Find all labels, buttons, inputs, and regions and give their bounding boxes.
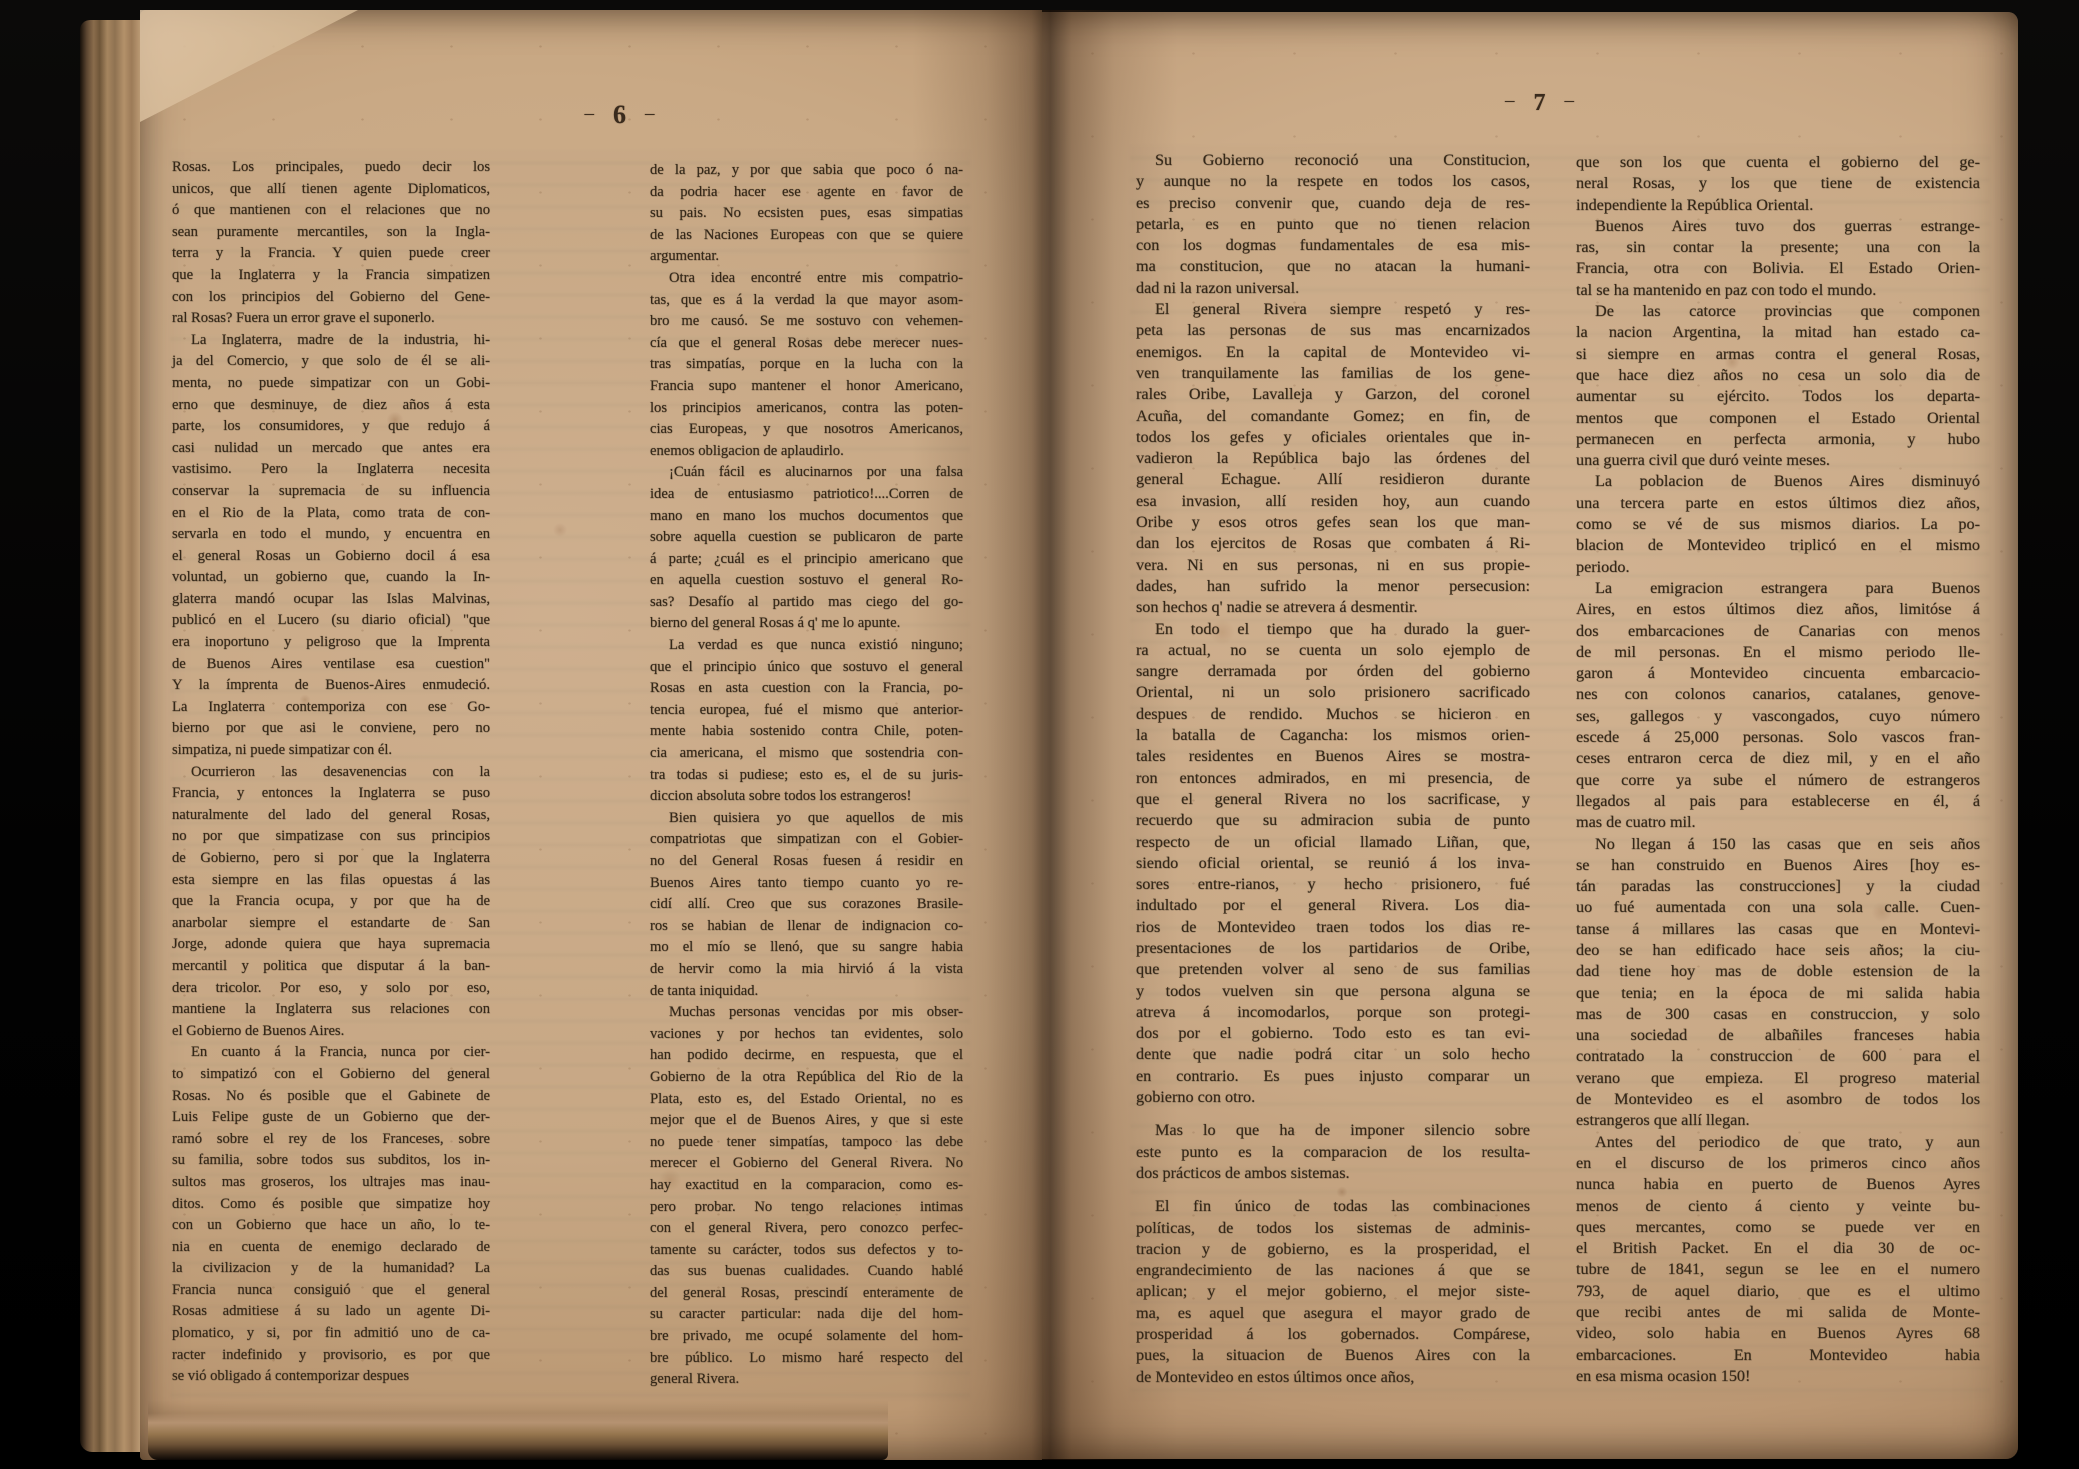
- text-line: Jorge, adonde quiera que haya supremacia: [172, 934, 490, 956]
- text-line: en el discurso de los primeros cinco año…: [1576, 1153, 1980, 1174]
- text-line: Luis Felipe guste de un Gobierno que der…: [172, 1107, 490, 1129]
- text-line: vadieron la República bajo las órdenes d…: [1136, 448, 1530, 469]
- text-line: ral Rosas? Fuera un error grave el supon…: [172, 308, 490, 330]
- text-line: tra todas si pudiese; esto es, el de su …: [650, 765, 963, 787]
- text-line: que la Francia ocupa, y por que ha de: [172, 891, 490, 913]
- text-line: peta las personas de sus mas encarnizado…: [1136, 320, 1530, 341]
- bottom-page-stack-edges: [148, 1400, 888, 1460]
- text-line: garon á Montevideo cincuenta embarcacio-: [1576, 663, 1980, 684]
- text-line: tamente su carácter, todos sus defectos …: [650, 1240, 963, 1262]
- page-6-column-right: de la paz, y por que sabia que poco ó na…: [650, 160, 963, 1391]
- text-line: Mas lo que ha de imponer silencio sobre: [1136, 1120, 1530, 1141]
- paragraph: Su Gobierno reconoció una Constitucion,y…: [1136, 150, 1530, 299]
- paragraph-continued: que son los que cuenta el gobierno del g…: [1576, 152, 1980, 216]
- paragraph: En cuanto á la Francia, nunca por cier-t…: [172, 1042, 490, 1388]
- paragraph: Muchas personas vencidas por mis obser-v…: [650, 1002, 963, 1391]
- paragraph: Mas lo que ha de imponer silencio sobree…: [1136, 1120, 1530, 1184]
- text-line: tanse á millares las casas que en Montev…: [1576, 919, 1980, 940]
- text-line: vaciones y por hechos tan evidentes, sol…: [650, 1024, 963, 1046]
- text-line: parte, los consumidores, y que redujo á: [172, 416, 490, 438]
- text-line: mo el mío se llenó, que su sangre habia: [650, 937, 963, 959]
- text-line: que la Inglaterra y la Francia simpatize…: [172, 265, 490, 287]
- text-line: el general Rosas un Gobierno docil á esa: [172, 546, 490, 568]
- paragraph: De las catorce provincias que componenla…: [1576, 301, 1980, 471]
- text-line: y todos vuelven sin que persona alguna s…: [1136, 981, 1530, 1002]
- text-line: dan los ejercitos de Rosas que combaten …: [1136, 533, 1530, 554]
- text-line: 793, de aquel diario, que es el ultimo: [1576, 1281, 1980, 1302]
- page-7-column-left: Su Gobierno reconoció una Constitucion,y…: [1136, 150, 1530, 1388]
- paragraph-continued: de la paz, y por que sabia que poco ó na…: [650, 160, 963, 268]
- text-line: diccion absoluta sobre todos los estrang…: [650, 786, 963, 808]
- text-line: No llegan á 150 las casas que en seis añ…: [1576, 834, 1980, 855]
- text-line: periodo.: [1576, 557, 1980, 578]
- text-line: terra y la Francia. Y quien puede creer: [172, 243, 490, 265]
- text-line: anarbolar siempre el estandarte de San: [172, 913, 490, 935]
- text-line: En cuanto á la Francia, nunca por cier-: [172, 1042, 490, 1064]
- text-line: vera. Ni en sus personas, ni en sus prop…: [1136, 555, 1530, 576]
- text-line: Francia supo mantener el honor Americano…: [650, 376, 963, 398]
- text-line: ja del Comercio, y que solo de él se ali…: [172, 351, 490, 373]
- text-line: Ocurrieron las desavenencias con la: [172, 762, 490, 784]
- text-line: una guerra civil que duró veinte meses.: [1576, 450, 1980, 471]
- text-line: dera tricolor. Por eso, y solo por eso,: [172, 978, 490, 1000]
- text-line: bre privado, me ocupé solamente del hom-: [650, 1326, 963, 1348]
- text-line: mentos que componen el Estado Oriental: [1576, 408, 1980, 429]
- text-line: bierno por que asi le conviene, pero no: [172, 718, 490, 740]
- text-line: cía que el general Rosas debe merecer nu…: [650, 333, 963, 355]
- text-line: dades, han sufrido la menor persecusion:: [1136, 576, 1530, 597]
- text-line: ceses entraron cerca de diez mil, y en e…: [1576, 748, 1980, 769]
- text-line: to simpatizó con el Gobierno del general: [172, 1064, 490, 1086]
- text-line: sas? Desafío al partido mas ciego del go…: [650, 592, 963, 614]
- text-line: Y la ímprenta de Buenos-Aires enmudeció.: [172, 675, 490, 697]
- text-line: si siempre en armas contra el general Ro…: [1576, 344, 1980, 365]
- text-line: ses, gallegos y vascongados, cuyo número: [1576, 706, 1980, 727]
- text-line: De las catorce provincias que componen: [1576, 301, 1980, 322]
- text-line: la nacion Argentina, la mitad han estado…: [1576, 322, 1980, 343]
- text-line: ron entonces admirados, en mi presencia,…: [1136, 768, 1530, 789]
- text-line: el Gobierno de Buenos Aires.: [172, 1021, 490, 1043]
- text-line: que el principio único que sostuvo el ge…: [650, 657, 963, 679]
- text-line: su caracter particular: nada dije del ho…: [650, 1304, 963, 1326]
- text-line: vastisimo. Pero la Inglaterra necesita: [172, 459, 490, 481]
- text-line: petarla, es en punto que no tienen relac…: [1136, 214, 1530, 235]
- text-line: aumentar su ejército. Todos los departa-: [1576, 386, 1980, 407]
- text-line: enemigos. En la capital de Montevideo vi…: [1136, 342, 1530, 363]
- text-line: indultado por el general Rivera. Los dia…: [1136, 895, 1530, 916]
- page-7-number: 7: [1534, 90, 1547, 116]
- text-line: tencia europea, fué el mismo que anterio…: [650, 700, 963, 722]
- text-line: dos prácticos de ambos sistemas.: [1136, 1163, 1530, 1184]
- text-line: ques mercantes, como se puede ver en: [1576, 1217, 1980, 1238]
- text-line: El fin único de todas las combinaciones: [1136, 1196, 1530, 1217]
- text-line: Plata, esto es, del Estado Oriental, no …: [650, 1089, 963, 1111]
- text-line: ramó sobre el rey de los Franceses, sobr…: [172, 1129, 490, 1151]
- text-line: general Echague. Allí residieron durante: [1136, 469, 1530, 490]
- text-line: sultos mas groseros, los ultrajes mas in…: [172, 1172, 490, 1194]
- text-line: argumentar.: [650, 246, 963, 268]
- text-line: ven tranquilamente las familias de los g…: [1136, 363, 1530, 384]
- text-line: mano en mano los muchos documentos que: [650, 506, 963, 528]
- text-line: compatriotas que simpatizan con el Gobie…: [650, 829, 963, 851]
- text-line: siendo oficial oriental, se reunió á los…: [1136, 853, 1530, 874]
- page-7-column-right: que son los que cuenta el gobierno del g…: [1576, 152, 1980, 1387]
- text-line: Gobierno de la otra República del Rio de…: [650, 1067, 963, 1089]
- paragraph: El fin único de todas las combinacionesp…: [1136, 1196, 1530, 1388]
- text-line: bre público. Lo mismo haré respecto del: [650, 1348, 963, 1370]
- text-line: y aunque no la respete en todos los caso…: [1136, 171, 1530, 192]
- text-line: Antes del periodico de que trato, y aun: [1576, 1132, 1980, 1153]
- text-line: su familia, sobre todos sus subditos, lo…: [172, 1150, 490, 1172]
- text-line: gobierno con otro.: [1136, 1087, 1530, 1108]
- text-line: tas, que es á la verdad la que mayor aso…: [650, 290, 963, 312]
- paragraph: Antes del periodico de que trato, y aune…: [1576, 1132, 1980, 1388]
- paragraph: En todo el tiempo que ha durado la guer-…: [1136, 619, 1530, 1109]
- text-line: ma, es aquel que asegura el mayor grado …: [1136, 1303, 1530, 1324]
- text-line: Rosas. No és posible que el Gabinete de: [172, 1086, 490, 1108]
- text-line: en el Rio de la Plata, como trata de con…: [172, 503, 490, 525]
- text-line: Rosas. Los principales, puedo decir los: [172, 157, 490, 179]
- text-line: atreva á incomodarlos, porque son proteg…: [1136, 1002, 1530, 1023]
- text-line: tubre de 1841, segun se lee en el numero: [1576, 1259, 1980, 1280]
- text-line: La poblacion de Buenos Aires disminuyó: [1576, 471, 1980, 492]
- text-line: La emigracion estrangera para Buenos: [1576, 578, 1980, 599]
- text-line: se vió obligado á contemporizar despues: [172, 1366, 490, 1388]
- text-line: menos de ciento á ciento y veinte bu-: [1576, 1196, 1980, 1217]
- text-line: glaterra mandó ocupar las Islas Malvinas…: [172, 589, 490, 611]
- text-line: son hechos q' nadie se atrevera á desmen…: [1136, 597, 1530, 618]
- text-line: rios de Montevideo traen todos los dias …: [1136, 917, 1530, 938]
- text-line: das sus buenas cualidades. Cuando hablé: [650, 1261, 963, 1283]
- text-line: que hace diez años no cesa un solo dia d…: [1576, 365, 1980, 386]
- text-line: blacion de Montevideo triplicó en el mis…: [1576, 535, 1980, 556]
- header-dash-left: –: [1505, 90, 1516, 111]
- text-line: verano que empieza. El progreso material: [1576, 1068, 1980, 1089]
- paragraph: La poblacion de Buenos Aires disminuyóun…: [1576, 471, 1980, 577]
- text-line: erno que desminuye, de diez años á esta: [172, 395, 490, 417]
- text-line: como se vé de sus mismos diarios. La po-: [1576, 514, 1980, 535]
- text-line: merecer el Gobierno del General Rivera. …: [650, 1153, 963, 1175]
- text-line: Acuña, del comandante Gomez; en fin, de: [1136, 406, 1530, 427]
- text-line: que tenia; en la época de mi salida habi…: [1576, 983, 1980, 1004]
- text-line: despues de rendido. Muchos se hicieron e…: [1136, 704, 1530, 725]
- paragraph: El general Rivera siempre respetó y res-…: [1136, 299, 1530, 618]
- text-line: de la paz, y por que sabia que poco ó na…: [650, 160, 963, 182]
- text-line: prosperidad á los gobernados. Compárese,: [1136, 1324, 1530, 1345]
- text-line: Bien quisiera yo que aquellos de mis: [650, 808, 963, 830]
- text-line: escede á 25,000 personas. Solo vascos fr…: [1576, 727, 1980, 748]
- text-line: su pais. No ecsisten pues, esas simpatia…: [650, 203, 963, 225]
- text-line: una tercera parte en estos últimos diez …: [1576, 493, 1980, 514]
- text-line: ditos. Como és posible que simpatize hoy: [172, 1194, 490, 1216]
- text-line: mente habia sostenido contra Chile, pote…: [650, 721, 963, 743]
- text-line: bierno del general Rosas á q' me lo apun…: [650, 613, 963, 635]
- text-line: que son los que cuenta el gobierno del g…: [1576, 152, 1980, 173]
- text-line: video, solo habia en Buenos Ayres 68: [1576, 1323, 1980, 1344]
- text-line: de hervir como la mia hirvió á la vista: [650, 959, 963, 981]
- text-line: que pretenden volver al seno de sus fami…: [1136, 959, 1530, 980]
- text-line: de Montevideo es el asombro de todos los: [1576, 1089, 1980, 1110]
- text-line: que corre ya sube el número de estranger…: [1576, 770, 1980, 791]
- text-line: aplican; y el mejor gobierno, el mejor s…: [1136, 1281, 1530, 1302]
- text-line: se han construido en Buenos Aires [hoy e…: [1576, 855, 1980, 876]
- paragraph: No llegan á 150 las casas que en seis añ…: [1576, 834, 1980, 1132]
- text-line: en contrario. Es pues injusto comparar u…: [1136, 1066, 1530, 1087]
- text-line: independiente la República Oriental.: [1576, 195, 1980, 216]
- text-line: los principios americanos, contra las po…: [650, 398, 963, 420]
- text-line: La Inglaterra, madre de la industria, hi…: [172, 330, 490, 352]
- text-line: dad ni la razon universal.: [1136, 278, 1530, 299]
- text-line: unicos, que allí tienen agente Diplomati…: [172, 179, 490, 201]
- text-line: Oriental, ni un solo prisionero sacrific…: [1136, 682, 1530, 703]
- text-line: dos por el gobierno. Todo esto es tan ev…: [1136, 1023, 1530, 1044]
- text-line: sean puramente mercantiles, son la Ingla…: [172, 222, 490, 244]
- text-line: en aquella cuestion sostuvo el general R…: [650, 570, 963, 592]
- text-line: presentaciones de los partidarios de Ori…: [1136, 938, 1530, 959]
- text-line: una sociedad de albañiles franceses habi…: [1576, 1025, 1980, 1046]
- text-line: todos los gefes y oficiales orientales q…: [1136, 427, 1530, 448]
- text-line: sores entre-rianos, y hecho prisionero, …: [1136, 874, 1530, 895]
- text-line: El general Rivera siempre respetó y res-: [1136, 299, 1530, 320]
- text-line: ma constitucion, que no atacan la humani…: [1136, 256, 1530, 277]
- text-line: tales residentes en Buenos Aires se most…: [1136, 746, 1530, 767]
- text-line: que el general Rivera no los sacrificase…: [1136, 789, 1530, 810]
- text-line: tán paradas las construcciones] y la ciu…: [1576, 876, 1980, 897]
- text-line: con los dogmas fundamentales de esa mis-: [1136, 235, 1530, 256]
- paragraph-continued: Rosas. Los principales, puedo decir losu…: [172, 157, 490, 330]
- text-line: que recibi antes de mi salida de Monte-: [1576, 1302, 1980, 1323]
- paragraph: Ocurrieron las desavenencias con laFranc…: [172, 762, 490, 1043]
- text-line: Rosas admitiese á su lado un agente Di-: [172, 1301, 490, 1323]
- text-line: Buenos Aires tuvo dos guerras estrange-: [1576, 216, 1980, 237]
- text-line: publicó en el Lucero (su diario oficial)…: [172, 610, 490, 632]
- text-line: uo fué aumentada con una sola calle. Cue…: [1576, 897, 1980, 918]
- header-dash-right: –: [645, 103, 656, 124]
- text-line: cia americana, el mismo que sostendria c…: [650, 743, 963, 765]
- text-line: con el general Rivera, pero conozco perf…: [650, 1218, 963, 1240]
- text-line: respecto de un oficial llamado Liñan, qu…: [1136, 832, 1530, 853]
- text-line: En todo el tiempo que ha durado la guer-: [1136, 619, 1530, 640]
- text-line: estrangeros que allí llegan.: [1576, 1110, 1980, 1131]
- text-line: esta siempre en las filas opuestas á las: [172, 870, 490, 892]
- text-line: tracion y de gobierno, es la prosperidad…: [1136, 1239, 1530, 1260]
- paragraph: Bien quisiera yo que aquellos de miscomp…: [650, 808, 963, 1002]
- text-line: la batalla de Cagancha: los mismos orien…: [1136, 725, 1530, 746]
- text-line: del general Rosas, prescindí enteramente…: [650, 1283, 963, 1305]
- text-line: Francia nunca consiguió que el general: [172, 1280, 490, 1302]
- text-line: mas de cuatro mil.: [1576, 812, 1980, 833]
- text-line: no por que simpatizase con sus principio…: [172, 826, 490, 848]
- text-line: á parte; ¿cuál es el principio americano…: [650, 549, 963, 571]
- text-line: conservar la supremacia de su influencia: [172, 481, 490, 503]
- text-line: Otra idea encontré entre mis compatrio-: [650, 268, 963, 290]
- header-dash-left: –: [585, 103, 596, 124]
- text-line: Francia, otra con Bolivia. El Estado Ori…: [1576, 258, 1980, 279]
- text-line: el British Packet. En el dia 30 de oc-: [1576, 1238, 1980, 1259]
- text-line: pues, la situacion de Buenos Aires con l…: [1136, 1345, 1530, 1366]
- text-line: de Gobierno, pero si por que la Inglater…: [172, 848, 490, 870]
- text-line: era inoportuno y peligroso que la Impren…: [172, 632, 490, 654]
- text-line: voluntad, un gobierno que, cuando la In-: [172, 567, 490, 589]
- text-line: dad tiene hoy mas de doble estension de …: [1576, 961, 1980, 982]
- text-line: de las Naciones Europeas con que se quie…: [650, 225, 963, 247]
- text-line: servarla en todo el mundo, y encuentra e…: [172, 524, 490, 546]
- text-line: da podria hacer ese agente en favor de: [650, 182, 963, 204]
- text-line: ras, sin contar la presente; una con la: [1576, 237, 1980, 258]
- text-line: mas de 300 casas en construccion, y solo: [1576, 1004, 1980, 1025]
- text-line: casi nulidad un mercado que antes era: [172, 438, 490, 460]
- text-line: embarcaciones. En Montevideo habia: [1576, 1345, 1980, 1366]
- text-line: La verdad es que nunca existió ninguno;: [650, 635, 963, 657]
- text-line: tras simpatías, porque en la lucha con l…: [650, 354, 963, 376]
- paragraph: La emigracion estrangera para BuenosAire…: [1576, 578, 1980, 834]
- book-spread-scan: –6– –7– Rosas. Los principales, puedo de…: [0, 0, 2079, 1469]
- text-line: cidí allí. Creo que sus corazones Brasil…: [650, 894, 963, 916]
- text-line: deo se han edificado hace seis años; la …: [1576, 940, 1980, 961]
- text-line: en esa misma ocasion 150!: [1576, 1366, 1980, 1387]
- text-line: ros se habian de llenar de indignacion c…: [650, 916, 963, 938]
- text-line: dos embarcaciones de Canarias con menos: [1576, 621, 1980, 642]
- text-line: nia en cuenta de enemigo declarado de: [172, 1237, 490, 1259]
- text-line: Oribe y esos otros gefes sean los que ma…: [1136, 512, 1530, 533]
- text-line: Muchas personas vencidas por mis obser-: [650, 1002, 963, 1024]
- paragraph: La Inglaterra, madre de la industria, hi…: [172, 330, 490, 762]
- text-line: no del General Rosas fuesen á residir en: [650, 851, 963, 873]
- text-line: idea de entusiasmo patriotico!....Corren…: [650, 484, 963, 506]
- text-line: Francia, y entonces la Inglaterra se pus…: [172, 783, 490, 805]
- text-line: Su Gobierno reconoció una Constitucion,: [1136, 150, 1530, 171]
- paragraph: La verdad es que nunca existió ninguno;q…: [650, 635, 963, 808]
- text-line: con los principios del Gobierno del Gene…: [172, 287, 490, 309]
- text-line: mantiene la Inglaterra sus relaciones co…: [172, 999, 490, 1021]
- text-line: plomatico, y si, por fin admitió uno de …: [172, 1323, 490, 1345]
- text-line: ¡Cuán fácil es alucinarnos por una falsa: [650, 462, 963, 484]
- text-line: políticas, de todos los sistemas de admi…: [1136, 1218, 1530, 1239]
- text-line: de tanta iniquidad.: [650, 981, 963, 1003]
- text-line: Rosas en asta cuestion con la Francia, p…: [650, 678, 963, 700]
- text-line: bro me causó. Se me sostuvo con vehemen-: [650, 311, 963, 333]
- text-line: de mil personas. En el mismo periodo lle…: [1576, 642, 1980, 663]
- text-line: cias Europeas, y que nosotros Americanos…: [650, 419, 963, 441]
- text-line: la civilizacion y de la humanidad? La: [172, 1258, 490, 1280]
- text-line: menta, no puede simpatizar con un Gobi-: [172, 373, 490, 395]
- text-line: este punto es la comparacion de los resu…: [1136, 1142, 1530, 1163]
- text-line: han podido decirme, en respuesta, que el: [650, 1045, 963, 1067]
- paragraph: ¡Cuán fácil es alucinarnos por una falsa…: [650, 462, 963, 635]
- text-line: tal se ha mantenido en paz con todo el m…: [1576, 280, 1980, 301]
- text-line: rales Oribe, Lavalleja y Garzon, del cor…: [1136, 384, 1530, 405]
- text-line: Buenos Aires tanto tiempo cuanto yo re-: [650, 873, 963, 895]
- text-line: racter indefinido y provisorio, es por q…: [172, 1345, 490, 1367]
- page-7-header: –7–: [1420, 90, 1660, 117]
- text-line: engrandecimiento de las naciones á que s…: [1136, 1260, 1530, 1281]
- text-line: La Inglaterra contemporiza con ese Go-: [172, 697, 490, 719]
- text-line: llegados al pais para establecerse en él…: [1576, 791, 1980, 812]
- text-line: dente que nadie podrá citar un solo hech…: [1136, 1044, 1530, 1065]
- paragraph: Otra idea encontré entre mis compatrio-t…: [650, 268, 963, 462]
- text-line: enemos obligacion de aplaudirlo.: [650, 441, 963, 463]
- text-line: naturalmente del lado del general Rosas,: [172, 805, 490, 827]
- page-6-column-left: Rosas. Los principales, puedo decir losu…: [172, 157, 490, 1388]
- text-line: de Montevideo en estos últimos once años…: [1136, 1367, 1530, 1388]
- text-line: pero probar. No tengo relaciones intimas: [650, 1197, 963, 1219]
- text-line: mercantil y politica que disputar á la b…: [172, 956, 490, 978]
- text-line: simpatiza, ni puede simpatizar con él.: [172, 740, 490, 762]
- text-line: nunca habia en puerto de Buenos Ayres: [1576, 1174, 1980, 1195]
- page-6-number: 6: [613, 100, 627, 129]
- text-line: de Buenos Aires ventilase esa cuestion": [172, 654, 490, 676]
- text-line: Aires, en estos últimos diez años, limit…: [1576, 599, 1980, 620]
- text-line: ó que mantienen con el relaciones que no: [172, 200, 490, 222]
- page-6-header: –6–: [500, 100, 740, 130]
- text-line: es preciso convenir que, cuando deja de …: [1136, 193, 1530, 214]
- text-line: nes con colonos canarios, catalanes, gen…: [1576, 684, 1980, 705]
- text-line: esa invasion, allí residen hoy, aun cuan…: [1136, 491, 1530, 512]
- text-line: mejor que el de Buenos Aires, y que si e…: [650, 1110, 963, 1132]
- text-line: con un Gobierno que hace un año, lo te-: [172, 1215, 490, 1237]
- header-dash-right: –: [1565, 90, 1576, 111]
- text-line: contratado la construccion de 600 para e…: [1576, 1046, 1980, 1067]
- text-line: hay exactitud en la comparacion, como es…: [650, 1175, 963, 1197]
- text-line: permanecen en perfecta armonia, y hubo: [1576, 429, 1980, 450]
- text-line: ra actual, no se cuenta un solo ejemplo …: [1136, 640, 1530, 661]
- text-line: recuerdo que su admiracion subia de punt…: [1136, 810, 1530, 831]
- paragraph: Buenos Aires tuvo dos guerras estrange-r…: [1576, 216, 1980, 301]
- text-line: sobre aquella cuestion se publicaron de …: [650, 527, 963, 549]
- text-line: neral Rosas, y los que tiene de existenc…: [1576, 173, 1980, 194]
- text-line: general Rivera.: [650, 1369, 963, 1391]
- text-line: no puede tener simpatías, tampoco las de…: [650, 1132, 963, 1154]
- text-line: sangre derramada por órden del gobierno: [1136, 661, 1530, 682]
